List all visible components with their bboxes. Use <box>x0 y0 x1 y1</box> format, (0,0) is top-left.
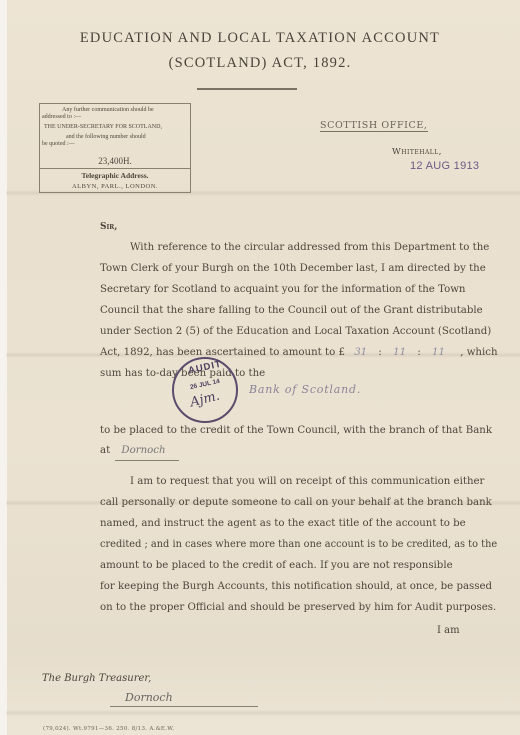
reference-box: Any further communication should be addr… <box>39 103 191 193</box>
amount-suffix: , which <box>460 347 497 358</box>
infobox-line1: Any further communication should be <box>62 107 154 114</box>
amount-pence: 11 <box>432 347 445 358</box>
date-stamp: 12 AUG 1913 <box>410 160 479 172</box>
amount-shillings: 11 <box>393 347 406 358</box>
addressee-place: Dornoch <box>125 691 173 704</box>
page-edge <box>0 0 7 735</box>
body-line: Town Clerk of your Burgh on the 10th Dec… <box>100 263 486 274</box>
salutation: Sir, <box>100 222 117 232</box>
infobox-line4: and the following number should <box>66 134 146 141</box>
bank-name: Bank of Scotland. <box>249 383 361 396</box>
document-title-line1: EDUCATION AND LOCAL TAXATION ACCOUNT <box>0 30 520 47</box>
printer-imprint: (79,024). Wt.9791—36. 250. 8/13. A.&E.W. <box>43 726 174 732</box>
body-line: Council that the share falling to the Co… <box>100 305 483 316</box>
amount-pounds: 31 <box>354 347 367 358</box>
infobox-divider <box>40 168 190 169</box>
body-line: Secretary for Scotland to acquaint you f… <box>100 284 466 295</box>
telegraphic-address: ALBYN, PARL., LONDON. <box>40 183 190 190</box>
infobox-line5: be quoted :— <box>42 141 75 148</box>
amount-line: Act, 1892, has been ascertained to amoun… <box>100 347 498 358</box>
body-line: under Section 2 (5) of the Education and… <box>100 326 491 337</box>
body-line: for keeping the Burgh Accounts, this not… <box>100 581 492 592</box>
addressee-title: The Burgh Treasurer, <box>42 673 151 684</box>
infobox-line2: addressed to :— <box>42 114 81 121</box>
reference-number: 23,400H. <box>40 156 190 166</box>
document-title-line2: (SCOTLAND) ACT, 1892. <box>0 55 520 72</box>
place-underline <box>110 706 258 707</box>
fold-crease <box>6 710 520 716</box>
body-line: to be placed to the credit of the Town C… <box>100 425 492 436</box>
body-line: amount to be placed to the credit of eac… <box>100 560 453 571</box>
body-line: on to the proper Official and should be … <box>100 602 496 613</box>
telegraphic-label: Telegraphic Address. <box>40 171 190 180</box>
body-line: credited ; and in cases where more than … <box>100 539 497 550</box>
audit-stamp: AUDIT 26 JUL 14 Ajm. <box>172 357 238 423</box>
at-label: at <box>100 445 110 456</box>
amount-prefix: Act, 1892, has been ascertained to amoun… <box>100 347 345 358</box>
body-line: With reference to the circular addressed… <box>130 242 489 253</box>
body-line: call personally or depute someone to cal… <box>100 497 492 508</box>
body-line: I am to request that you will on receipt… <box>130 476 484 487</box>
closing: I am <box>437 625 460 636</box>
branch-name: Dornoch <box>121 445 165 456</box>
office-name: SCOTTISH OFFICE, <box>320 120 428 132</box>
body-line: named, and instruct the agent as to the … <box>100 518 466 529</box>
branch-underline <box>115 460 179 461</box>
title-rule <box>197 88 297 90</box>
infobox-line3: THE UNDER-SECRETARY FOR SCOTLAND, <box>44 124 162 131</box>
office-location: Whitehall, <box>392 147 442 157</box>
branch-line: at Dornoch <box>100 445 166 456</box>
